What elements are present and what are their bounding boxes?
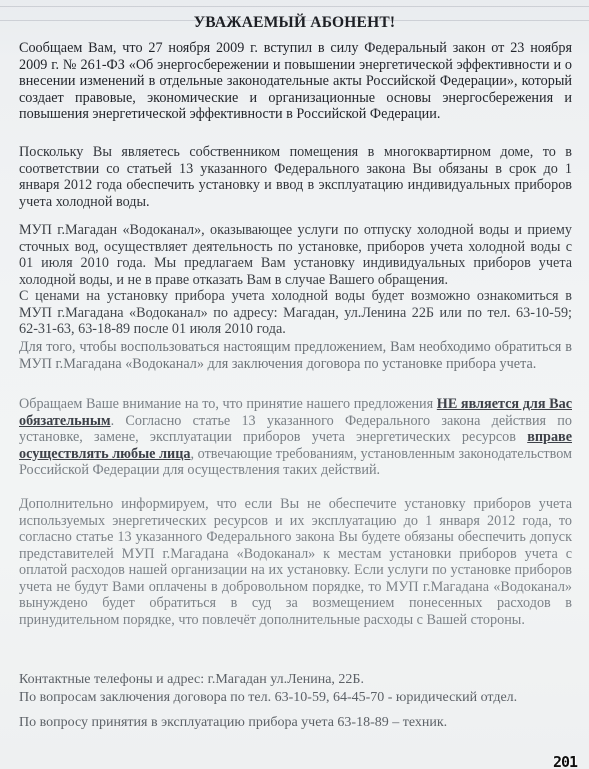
contact-address: Контактные телефоны и адрес: г.Магадан у… — [19, 672, 364, 688]
paragraph-prices: С ценами на установку прибора учета холо… — [19, 288, 572, 338]
paragraph-law-intro: Сообщаем Вам, что 27 ноября 2009 г. всту… — [19, 40, 572, 123]
watermark-logo: 201 — [553, 753, 589, 769]
paragraph-additional-info: Дополнительно информируем, что если Вы н… — [19, 496, 572, 628]
contact-legal-department: По вопросам заключения договора по тел. … — [19, 690, 517, 706]
paragraph-how-to-apply: Для того, чтобы воспользоваться настоящи… — [19, 339, 572, 372]
document-title: УВАЖАЕМЫЙ АБОНЕНТ! — [0, 14, 589, 32]
paragraph-owner-obligation: Поскольку Вы являетесь собственником пом… — [19, 144, 572, 210]
paragraph-vodokanal-offer: МУП г.Магадан «Водоканал», оказывающее у… — [19, 222, 572, 288]
paragraph-not-mandatory: Обращаем Ваше внимание на то, что принят… — [19, 396, 572, 479]
contact-technician: По вопросу принятия в эксплуатацию прибо… — [19, 715, 447, 731]
not-mandatory-text-1: Обращаем Ваше внимание на то, что принят… — [19, 396, 437, 412]
